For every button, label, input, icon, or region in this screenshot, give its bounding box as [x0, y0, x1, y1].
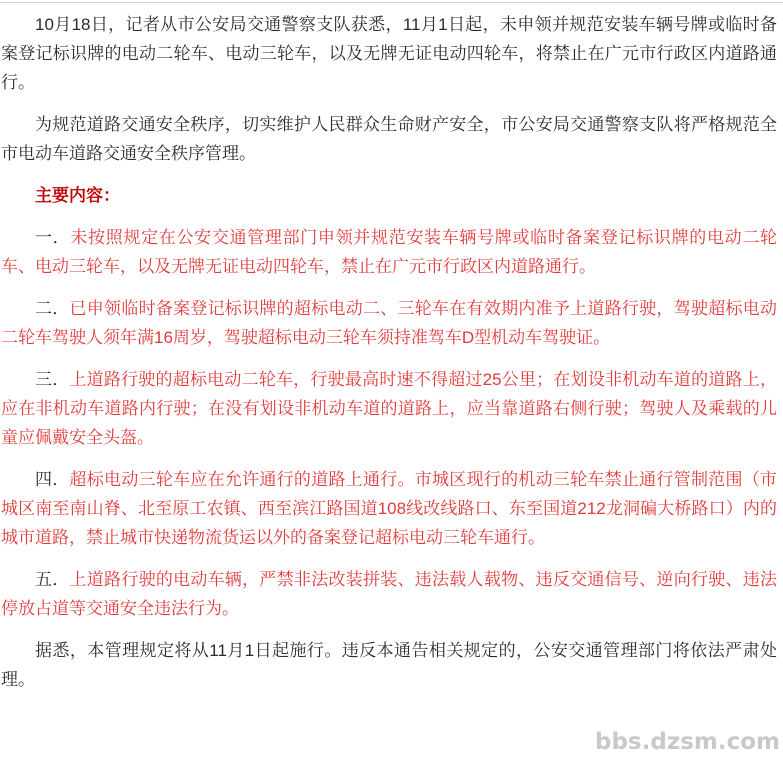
item-text: 上道路行驶的超标电动二轮车，行驶最高时速不得超过25公里；在划设非机动车道的道路… [1, 370, 777, 447]
item-number: 三． [35, 370, 69, 389]
section-heading: 主要内容： [1, 181, 777, 210]
top-divider [0, 2, 783, 3]
intro-paragraph-1: 10月18日，记者从市公安局交通警察支队获悉，11月1日起，未申领并规范安装车辆… [1, 10, 777, 97]
watermark: bbs.dzsm.com [595, 729, 780, 755]
item-text: 已申领临时备案登记标识牌的超标电动二、三轮车在有效期内准予上道路行驶，驾驶超标电… [1, 299, 777, 347]
notice-item-1: 一．未按照规定在公安交通管理部门申领并规范安装车辆号牌或临时备案登记标识牌的电动… [1, 223, 777, 281]
notice-item-3: 三．上道路行驶的超标电动二轮车，行驶最高时速不得超过25公里；在划设非机动车道的… [1, 365, 777, 452]
item-text: 未按照规定在公安交通管理部门申领并规范安装车辆号牌或临时备案登记标识牌的电动二轮… [1, 228, 777, 276]
closing-paragraph: 据悉，本管理规定将从11月1日起施行。违反本通告相关规定的，公安交通管理部门将依… [1, 636, 777, 694]
notice-item-2: 二．已申领临时备案登记标识牌的超标电动二、三轮车在有效期内准予上道路行驶，驾驶超… [1, 294, 777, 352]
notice-article: 10月18日，记者从市公安局交通警察支队获悉，11月1日起，未申领并规范安装车辆… [0, 0, 783, 694]
item-number: 一． [35, 228, 70, 247]
intro-paragraph-2: 为规范道路交通安全秩序，切实维护人民群众生命财产安全，市公安局交通警察支队将严格… [1, 110, 777, 168]
item-text: 超标电动三轮车应在允许通行的道路上通行。市城区现行的机动三轮车禁止通行管制范围（… [1, 470, 777, 547]
item-number: 二． [35, 299, 70, 318]
item-number: 四． [35, 470, 70, 489]
notice-item-5: 五．上道路行驶的电动车辆，严禁非法改装拼装、违法载人载物、违反交通信号、逆向行驶… [1, 565, 777, 623]
item-number: 五． [35, 570, 70, 589]
item-text: 上道路行驶的电动车辆，严禁非法改装拼装、违法载人载物、违反交通信号、逆向行驶、违… [1, 570, 777, 618]
notice-page: 10月18日，记者从市公安局交通警察支队获悉，11月1日起，未申领并规范安装车辆… [0, 0, 783, 757]
notice-item-4: 四．超标电动三轮车应在允许通行的道路上通行。市城区现行的机动三轮车禁止通行管制范… [1, 465, 777, 552]
